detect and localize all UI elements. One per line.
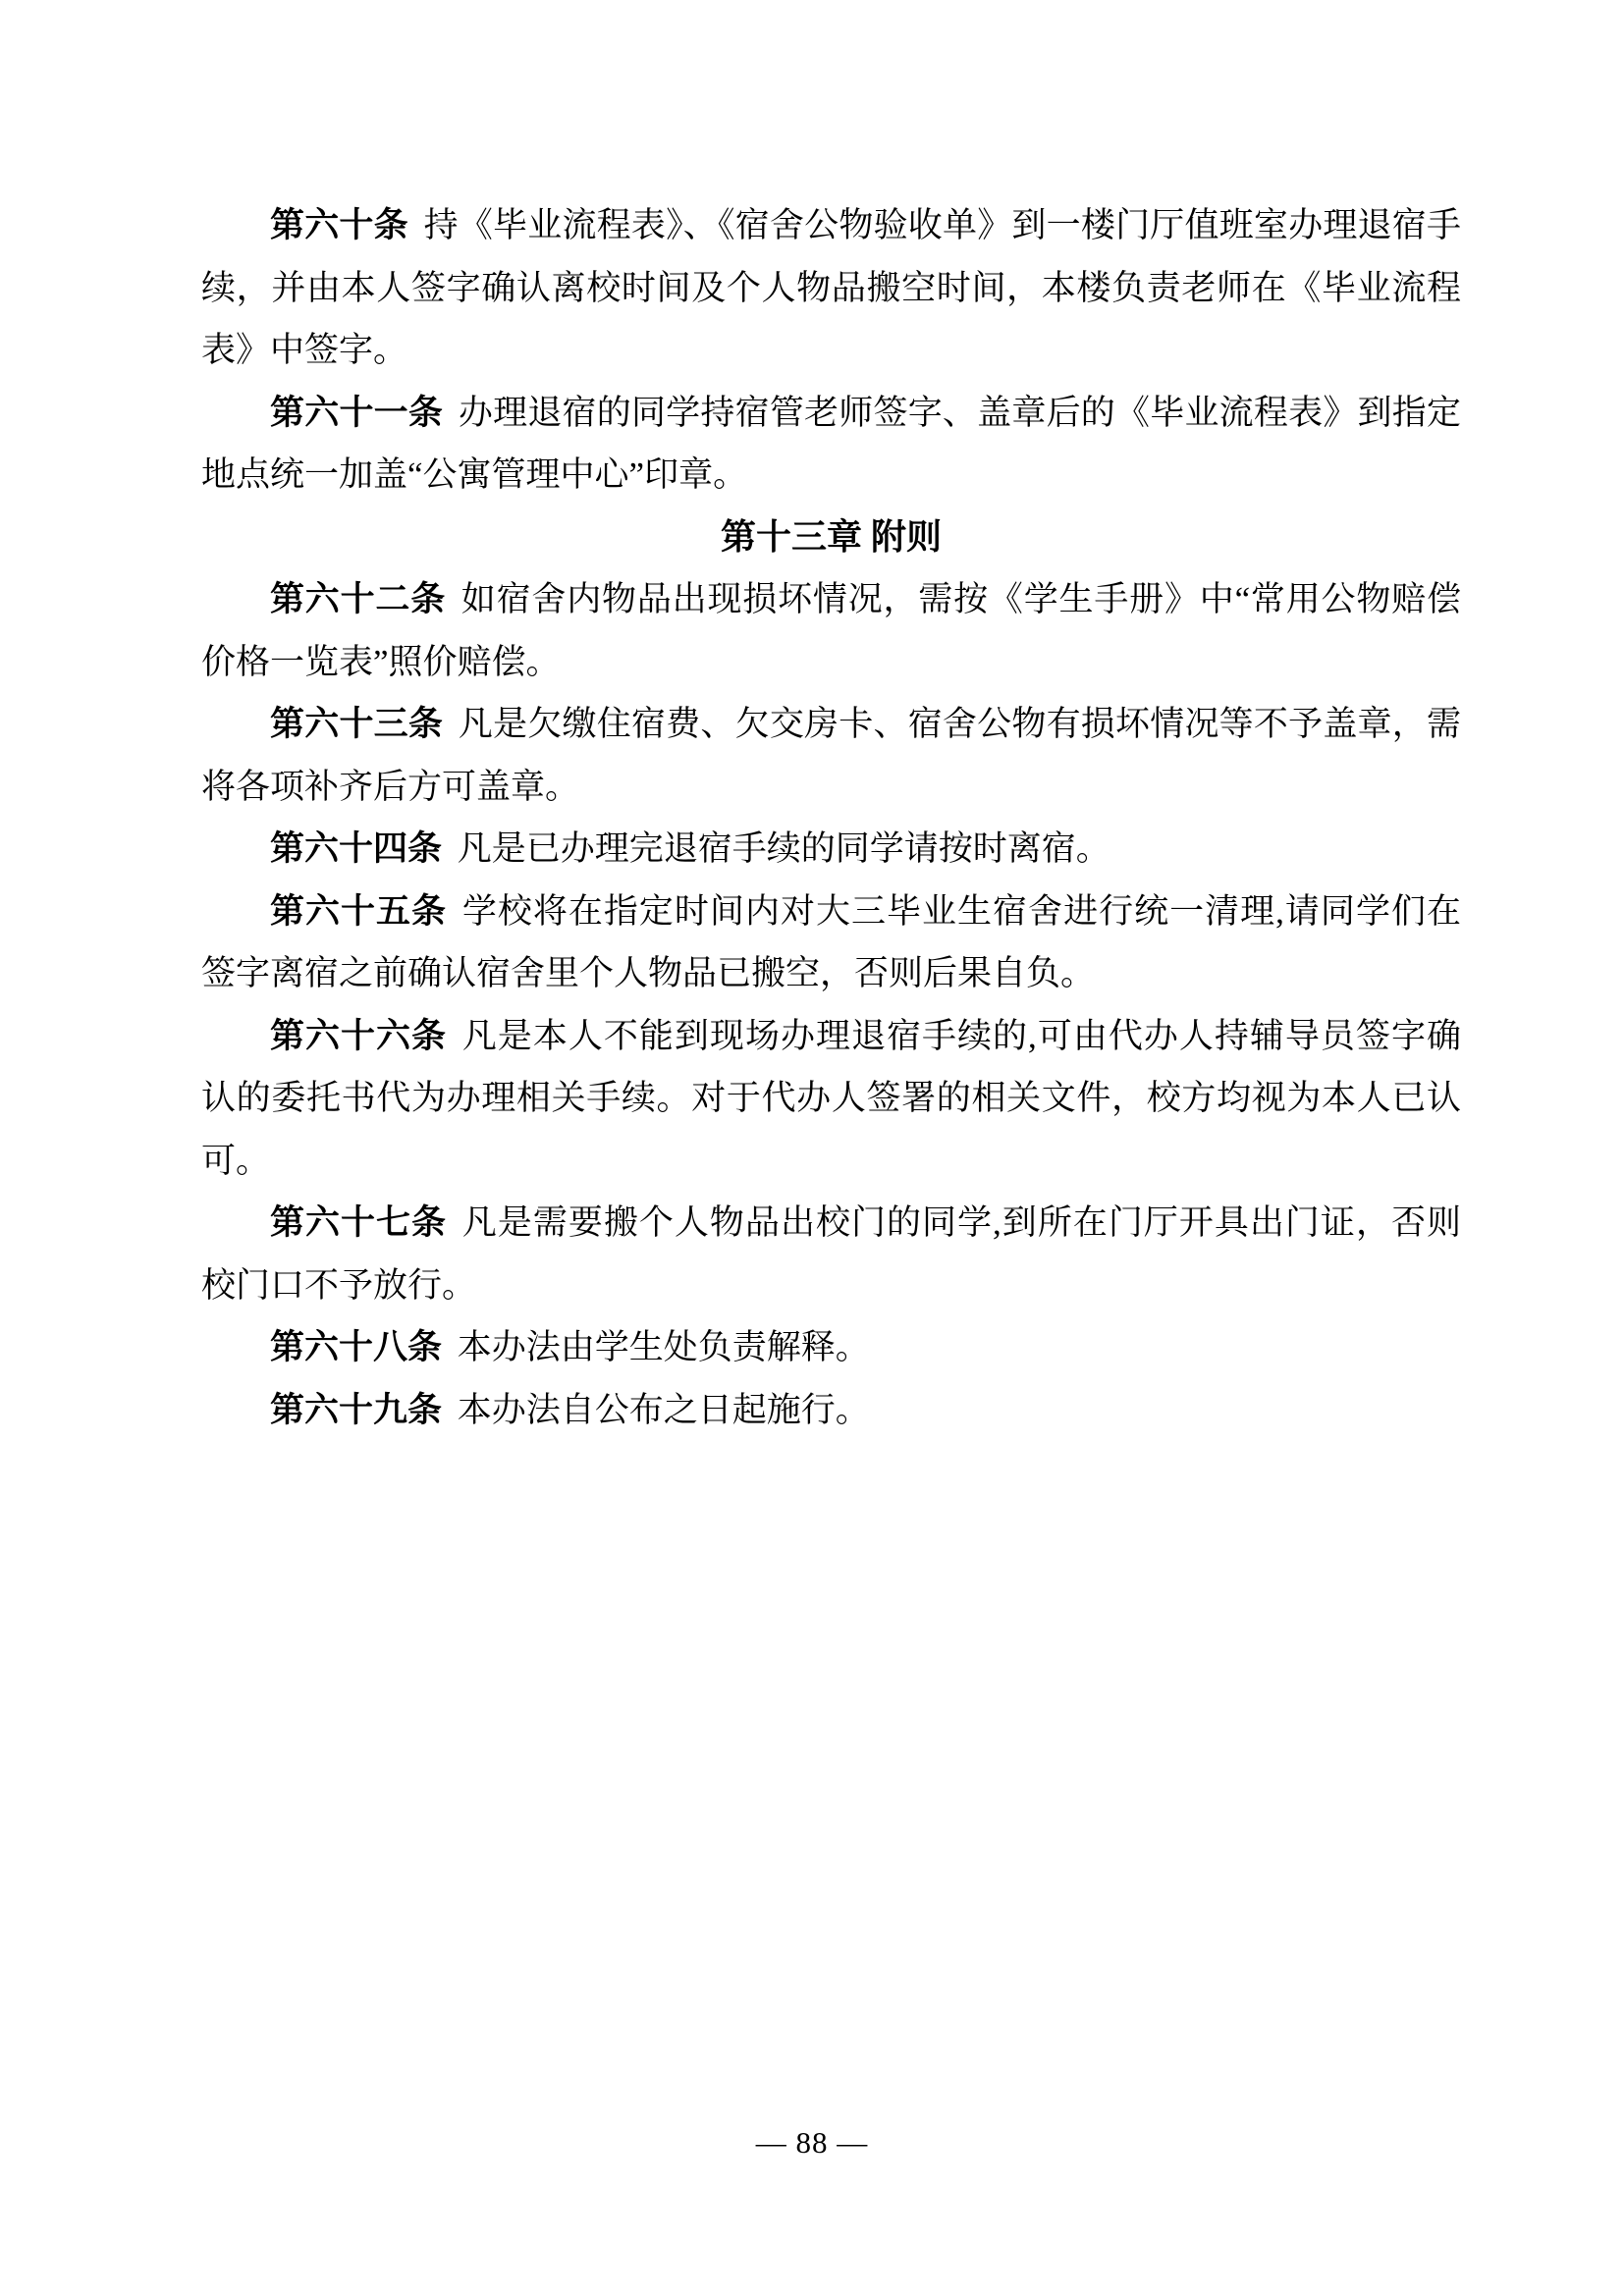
- article-paragraph: 第六十条持《毕业流程表》、《宿舍公物验收单》到一楼门厅值班室办理退宿手续，并由本…: [201, 194, 1461, 382]
- article-text: 凡是已办理完退宿手续的同学请按时离宿。: [458, 829, 1110, 868]
- article-number: 第六十一条: [270, 394, 443, 432]
- article-paragraph: 第六十二条如宿舍内物品出现损坏情况，需按《学生手册》中“常用公物赔偿价格一览表”…: [201, 568, 1461, 693]
- article-number: 第六十九条: [270, 1391, 442, 1429]
- article-number: 第六十二条: [270, 580, 446, 618]
- article-number: 第六十三条: [270, 705, 443, 743]
- article-paragraph: 第六十七条凡是需要搬个人物品出校门的同学,到所在门厅开具出门证，否则校门口不予放…: [201, 1192, 1461, 1316]
- article-text: 本办法自公布之日起施行。: [458, 1391, 870, 1429]
- page-number: — 88 —: [756, 2125, 869, 2160]
- article-paragraph: 第六十六条凡是本人不能到现场办理退宿手续的,可由代办人持辅导员签字确认的委托书代…: [201, 1005, 1461, 1193]
- article-paragraph: 第六十九条本办法自公布之日起施行。: [201, 1379, 1461, 1442]
- article-number: 第六十四条: [270, 829, 442, 868]
- chapter-heading: 第十三章 附则: [201, 507, 1461, 569]
- article-number: 第六十七条: [270, 1203, 447, 1242]
- article-text: 本办法由学生处负责解释。: [458, 1328, 870, 1366]
- article-paragraph: 第六十五条学校将在指定时间内对大三毕业生宿舍进行统一清理,请同学们在签字离宿之前…: [201, 881, 1461, 1005]
- article-number: 第六十五条: [270, 892, 447, 931]
- article-paragraph: 第六十四条凡是已办理完退宿手续的同学请按时离宿。: [201, 818, 1461, 881]
- document-page: 第六十条持《毕业流程表》、《宿舍公物验收单》到一楼门厅值班室办理退宿手续，并由本…: [0, 0, 1624, 2296]
- article-paragraph: 第六十三条凡是欠缴住宿费、欠交房卡、宿舍公物有损坏情况等不予盖章，需将各项补齐后…: [201, 693, 1461, 818]
- page-footer: — 88 —: [0, 2123, 1624, 2163]
- article-number: 第六十八条: [270, 1328, 442, 1366]
- article-number: 第六十六条: [270, 1017, 447, 1055]
- article-number: 第六十条: [270, 206, 408, 244]
- document-body: 第六十条持《毕业流程表》、《宿舍公物验收单》到一楼门厅值班室办理退宿手续，并由本…: [201, 194, 1461, 1441]
- article-paragraph: 第六十一条办理退宿的同学持宿管老师签字、盖章后的《毕业流程表》到指定地点统一加盖…: [201, 382, 1461, 507]
- article-paragraph: 第六十八条本办法由学生处负责解释。: [201, 1316, 1461, 1379]
